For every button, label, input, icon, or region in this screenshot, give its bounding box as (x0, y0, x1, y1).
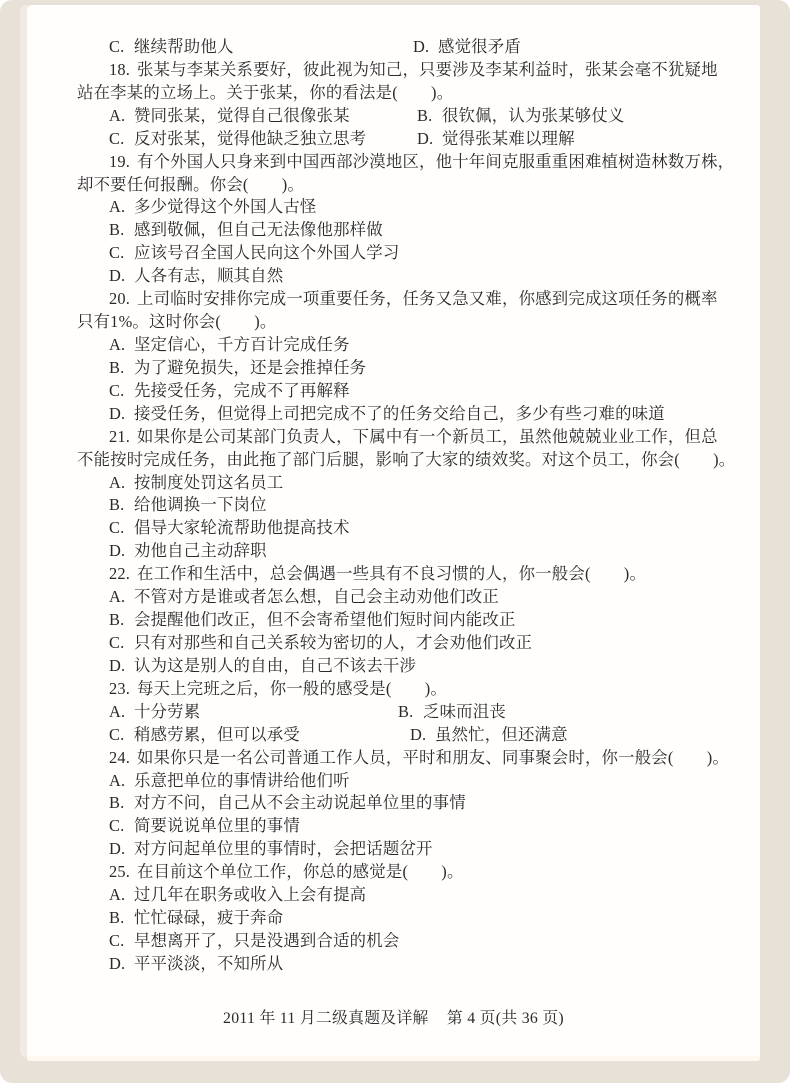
option-text: 感到敬佩，但自己无法像他那样做 (134, 220, 383, 239)
option-text: 平平淡淡，不知所从 (134, 954, 283, 973)
option-text: 乐意把单位的事情讲给他们听 (134, 771, 350, 790)
question-number: 19. (109, 151, 137, 174)
line-option: D.劝他自己主动辞职 (27, 540, 760, 563)
option-label: D. (410, 724, 435, 747)
line-option-row: A.十分劳累B.乏味而沮丧 (27, 701, 760, 724)
line-option: A.过几年在职务或收入上会有提高 (27, 884, 760, 907)
line-option: C.应该号召全国人民向这个外国人学习 (27, 242, 760, 265)
option-text: 对方不问，自己从不会主动说起单位里的事情 (134, 793, 466, 812)
option-label: D. (109, 953, 134, 976)
option-label: A. (109, 701, 134, 724)
option-text: 继续帮助他人 (134, 37, 234, 56)
line-option-row: A.赞同张某，觉得自己很像张某B.很钦佩，认为张某够仗义 (27, 105, 760, 128)
question-text: 每天上完班之后，你一般的感受是( )。 (137, 679, 447, 698)
line-option: C.早想离开了，只是没遇到合适的机会 (27, 930, 760, 953)
option-text: 虽然忙，但还满意 (435, 725, 568, 744)
option-text: 按制度处罚这名员工 (134, 473, 283, 492)
option-text: 劝他自己主动辞职 (134, 541, 267, 560)
question-number: 20. (109, 288, 137, 311)
line-question: 18.张某与李某关系要好，彼此视为知己，只要涉及李某利益时，张某会毫不犹疑地 (27, 59, 760, 82)
line-option: B.为了避免损失，还是会推掉任务 (27, 357, 760, 380)
line-question: 20.上司临时安排你完成一项重要任务，任务又急又难，你感到完成这项任务的概率 (27, 288, 760, 311)
option-label: B. (109, 907, 134, 930)
line-option: A.坚定信心，千方百计完成任务 (27, 334, 760, 357)
option-text: 只有对那些和自己关系较为密切的人，才会劝他们改正 (134, 633, 532, 652)
option-text: 先接受任务，完成不了再解释 (134, 381, 350, 400)
option-label: C. (109, 36, 134, 59)
option-text: 认为这是别人的自由，自己不该去干涉 (134, 656, 416, 675)
option-label: A. (109, 196, 134, 219)
option-text: 多少觉得这个外国人古怪 (134, 197, 317, 216)
option-text: 坚定信心，千方百计完成任务 (134, 335, 350, 354)
question-text: 在目前这个单位工作，你总的感觉是( )。 (137, 862, 464, 881)
question-text: 只有1%。这时你会( )。 (77, 312, 276, 331)
option-text: 简要说说单位里的事情 (134, 816, 300, 835)
question-text: 如果你是公司某部门负责人，下属中有一个新员工，虽然他兢兢业业工作，但总 (137, 427, 718, 446)
question-text: 上司临时安排你完成一项重要任务，任务又急又难，你感到完成这项任务的概率 (137, 289, 718, 308)
option-label: A. (109, 105, 134, 128)
line-option-row: C.反对张某，觉得他缺乏独立思考D.觉得张某难以理解 (27, 128, 760, 151)
option-label: B. (109, 357, 134, 380)
line-continuation: 站在李某的立场上。关于张某，你的看法是( )。 (27, 82, 760, 105)
option-label: D. (109, 540, 134, 563)
option-text: 不管对方是谁或者怎么想，自己会主动劝他们改正 (134, 587, 499, 606)
option-label: A. (109, 586, 134, 609)
line-option: B.给他调换一下岗位 (27, 494, 760, 517)
option-second-column: D.感觉很矛盾 (413, 36, 521, 59)
option-text: 应该号召全国人民向这个外国人学习 (134, 243, 399, 262)
question-text: 不能按时完成任务，由此拖了部门后腿，影响了大家的绩效奖。对这个员工，你会( )。 (77, 450, 735, 469)
option-label: C. (109, 724, 134, 747)
option-label: C. (109, 128, 134, 151)
option-label: B. (417, 105, 442, 128)
option-text: 对方问起单位里的事情时，会把话题岔开 (134, 839, 433, 858)
option-text: 很钦佩，认为张某够仗义 (442, 106, 625, 125)
option-text: 乏味而沮丧 (423, 702, 506, 721)
line-option: D.接受任务，但觉得上司把完成不了的任务交给自己，多少有些刁难的味道 (27, 403, 760, 426)
option-label: D. (413, 36, 438, 59)
question-text: 有个外国人只身来到中国西部沙漠地区，他十年间克服重重困难植树造林数万株， (137, 152, 734, 171)
question-number: 18. (109, 59, 137, 82)
line-continuation: 却不要任何报酬。你会( )。 (27, 174, 760, 197)
option-label: C. (109, 632, 134, 655)
option-label: A. (109, 770, 134, 793)
page-footer: 2011 年 11 月二级真题及详解 第 4 页(共 36 页) (27, 1005, 760, 1028)
question-number: 24. (109, 747, 137, 770)
line-option: C.先接受任务，完成不了再解释 (27, 380, 760, 403)
option-text: 十分劳累 (134, 702, 200, 721)
option-text: 倡导大家轮流帮助他提高技术 (134, 518, 350, 537)
option-text: 感觉很矛盾 (438, 37, 521, 56)
option-label: D. (109, 403, 134, 426)
question-number: 21. (109, 426, 137, 449)
line-option-row: C.继续帮助他人D.感觉很矛盾 (27, 36, 760, 59)
option-label: B. (109, 792, 134, 815)
footer-booklet-title: 2011 年 11 月二级真题及详解 (223, 1010, 429, 1027)
line-option: B.感到敬佩，但自己无法像他那样做 (27, 219, 760, 242)
option-text: 忙忙碌碌，疲于奔命 (134, 908, 283, 927)
line-question: 21.如果你是公司某部门负责人，下属中有一个新员工，虽然他兢兢业业工作，但总 (27, 426, 760, 449)
option-label: D. (109, 655, 134, 678)
line-option: B.对方不问，自己从不会主动说起单位里的事情 (27, 792, 760, 815)
option-second-column: B.乏味而沮丧 (398, 701, 506, 724)
option-label: C. (109, 242, 134, 265)
option-text: 早想离开了，只是没遇到合适的机会 (134, 931, 399, 950)
option-text: 为了避免损失，还是会推掉任务 (134, 358, 366, 377)
document-page: C.继续帮助他人D.感觉很矛盾18.张某与李某关系要好，彼此视为知己，只要涉及李… (27, 5, 760, 1061)
line-question: 25.在目前这个单位工作，你总的感觉是( )。 (27, 861, 760, 884)
option-text: 给他调换一下岗位 (134, 495, 267, 514)
option-text: 赞同张某，觉得自己很像张某 (134, 106, 350, 125)
option-text: 人各有志，顺其自然 (134, 266, 283, 285)
line-option: B.忙忙碌碌，疲于奔命 (27, 907, 760, 930)
line-question: 23.每天上完班之后，你一般的感受是( )。 (27, 678, 760, 701)
line-option: D.认为这是别人的自由，自己不该去干涉 (27, 655, 760, 678)
option-label: C. (109, 815, 134, 838)
line-question: 22.在工作和生活中，总会偶遇一些具有不良习惯的人，你一般会( )。 (27, 563, 760, 586)
line-option: D.平平淡淡，不知所从 (27, 953, 760, 976)
option-label: C. (109, 930, 134, 953)
line-continuation: 只有1%。这时你会( )。 (27, 311, 760, 334)
option-label: B. (109, 219, 134, 242)
line-option: A.不管对方是谁或者怎么想，自己会主动劝他们改正 (27, 586, 760, 609)
line-option: C.倡导大家轮流帮助他提高技术 (27, 517, 760, 540)
line-option: C.简要说说单位里的事情 (27, 815, 760, 838)
question-number: 25. (109, 861, 137, 884)
option-text: 接受任务，但觉得上司把完成不了的任务交给自己，多少有些刁难的味道 (134, 404, 665, 423)
question-text: 站在李某的立场上。关于张某，你的看法是( )。 (77, 83, 453, 102)
line-option: A.按制度处罚这名员工 (27, 472, 760, 495)
question-number: 23. (109, 678, 137, 701)
line-option: D.对方问起单位里的事情时，会把话题岔开 (27, 838, 760, 861)
option-text: 会提醒他们改正，但不会寄希望他们短时间内能改正 (134, 610, 516, 629)
line-option: B.会提醒他们改正，但不会寄希望他们短时间内能改正 (27, 609, 760, 632)
option-label: B. (109, 609, 134, 632)
question-text: 张某与李某关系要好，彼此视为知己，只要涉及李某利益时，张某会毫不犹疑地 (137, 60, 718, 79)
option-second-column: D.觉得张某难以理解 (417, 128, 575, 151)
option-text: 稍感劳累，但可以承受 (134, 725, 300, 744)
option-label: C. (109, 380, 134, 403)
option-label: A. (109, 334, 134, 357)
question-text: 如果你只是一名公司普通工作人员，平时和朋友、同事聚会时，你一般会( )。 (137, 748, 729, 767)
option-second-column: D.虽然忙，但还满意 (410, 724, 568, 747)
option-label: C. (109, 517, 134, 540)
line-option-row: C.稍感劳累，但可以承受D.虽然忙，但还满意 (27, 724, 760, 747)
line-option: C.只有对那些和自己关系较为密切的人，才会劝他们改正 (27, 632, 760, 655)
option-label: B. (109, 494, 134, 517)
option-text: 过几年在职务或收入上会有提高 (134, 885, 366, 904)
option-label: D. (417, 128, 442, 151)
line-option: D.人各有志，顺其自然 (27, 265, 760, 288)
document-lines: C.继续帮助他人D.感觉很矛盾18.张某与李某关系要好，彼此视为知己，只要涉及李… (27, 36, 760, 976)
question-number: 22. (109, 563, 137, 586)
line-question: 19.有个外国人只身来到中国西部沙漠地区，他十年间克服重重困难植树造林数万株， (27, 151, 760, 174)
line-option: A.乐意把单位的事情讲给他们听 (27, 770, 760, 793)
option-text: 反对张某，觉得他缺乏独立思考 (134, 129, 366, 148)
option-label: D. (109, 838, 134, 861)
question-text: 在工作和生活中，总会偶遇一些具有不良习惯的人，你一般会( )。 (137, 564, 646, 583)
option-label: A. (109, 884, 134, 907)
option-text: 觉得张某难以理解 (442, 129, 575, 148)
option-label: B. (398, 701, 423, 724)
option-second-column: B.很钦佩，认为张某够仗义 (417, 105, 625, 128)
line-continuation: 不能按时完成任务，由此拖了部门后腿，影响了大家的绩效奖。对这个员工，你会( )。 (27, 449, 760, 472)
option-label: D. (109, 265, 134, 288)
option-label: A. (109, 472, 134, 495)
question-text: 却不要任何报酬。你会( )。 (77, 175, 304, 194)
line-option: A.多少觉得这个外国人古怪 (27, 196, 760, 219)
footer-page-indicator: 第 4 页(共 36 页) (447, 1010, 564, 1027)
line-question: 24.如果你只是一名公司普通工作人员，平时和朋友、同事聚会时，你一般会( )。 (27, 747, 760, 770)
